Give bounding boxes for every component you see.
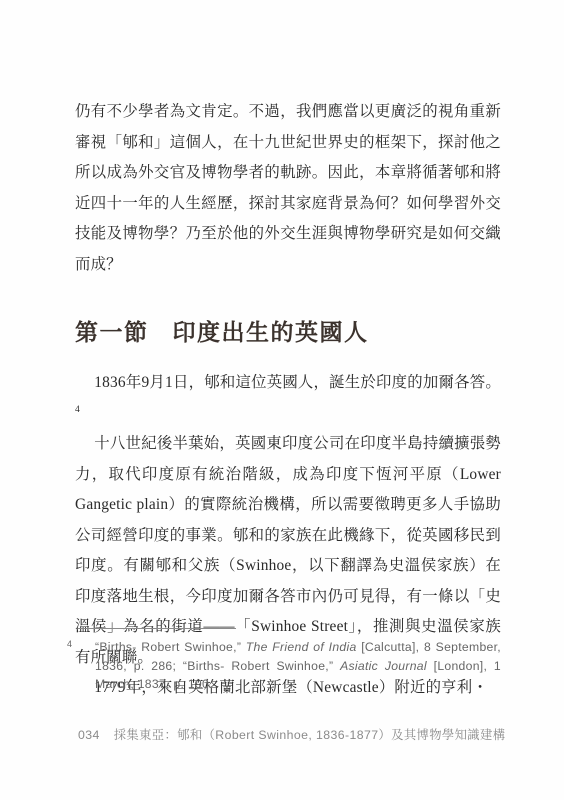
birth-paragraph-text: 1836年9月1日，郇和這位英國人，誕生於印度的加爾各答。 bbox=[94, 374, 501, 391]
footnote-section: 4 “Births- Robert Swinhoe,” The Friend o… bbox=[67, 628, 501, 694]
footnote-journal-title: The Friend of India bbox=[246, 640, 357, 654]
section-heading-title: 印度出生的英國人 bbox=[173, 315, 369, 349]
running-book-title: 採集東亞：郇和（Robert Swinhoe, 1836-1877）及其博物學知… bbox=[114, 727, 506, 743]
footnote-segment: “Births- Robert Swinhoe,” bbox=[95, 640, 246, 654]
footnote-body: 4 “Births- Robert Swinhoe,” The Friend o… bbox=[67, 638, 501, 694]
footnote-reference-marker: 4 bbox=[75, 404, 80, 414]
footnote-number: 4 bbox=[67, 638, 95, 694]
page-number: 034 bbox=[78, 727, 100, 743]
footnote-journal-title: Asiatic Journal bbox=[340, 659, 427, 673]
page-footer: 034 採集東亞：郇和（Robert Swinhoe, 1836-1877）及其… bbox=[78, 727, 518, 743]
section-heading-label: 第一節 bbox=[75, 315, 149, 349]
main-text-block: 仍有不少學者為文肯定。不過，我們應當以更廣泛的視角重新審視「郇和」這個人，在十九… bbox=[75, 97, 501, 704]
section-heading: 第一節 印度出生的英國人 bbox=[75, 315, 501, 349]
birth-paragraph: 1836年9月1日，郇和這位英國人，誕生於印度的加爾各答。4 bbox=[75, 368, 501, 429]
footnote-text: “Births- Robert Swinhoe,” The Friend of … bbox=[95, 638, 501, 694]
book-page: 仍有不少學者為文肯定。不過，我們應當以更廣泛的視角重新審視「郇和」這個人，在十九… bbox=[0, 0, 564, 800]
intro-paragraph: 仍有不少學者為文肯定。不過，我們應當以更廣泛的視角重新審視「郇和」這個人，在十九… bbox=[75, 97, 501, 280]
footnote-separator-rule bbox=[78, 628, 236, 629]
